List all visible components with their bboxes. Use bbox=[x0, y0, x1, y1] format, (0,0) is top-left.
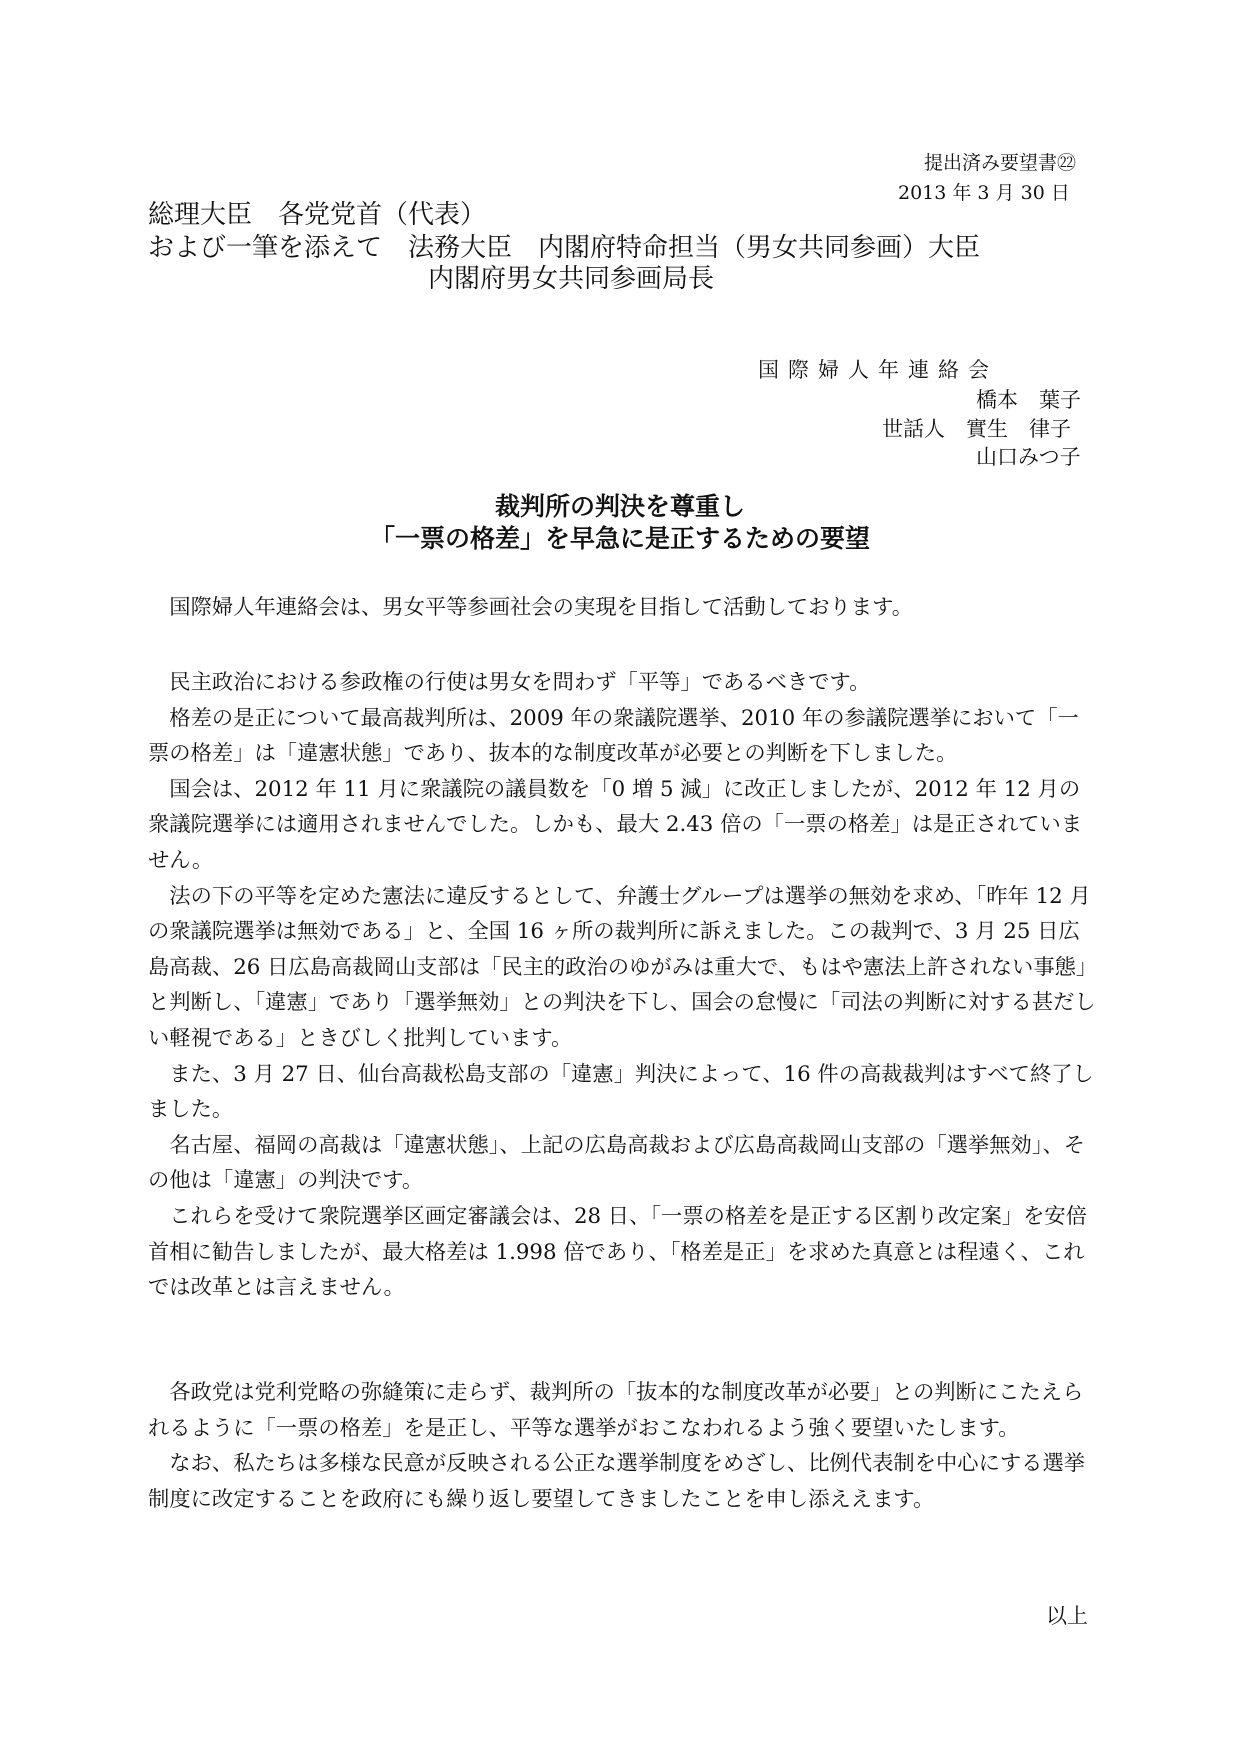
sender-role: 世話人 bbox=[882, 417, 945, 441]
addressee-line-1: 総理大臣 各党党首（代表） bbox=[148, 199, 486, 232]
addressee-line-3: 内閣府男女共同参画局長 bbox=[428, 263, 714, 296]
sender-member-3: 山口みつ子 bbox=[976, 441, 1081, 471]
addressee-line-2: および一筆を添えて 法務大臣 内閣府特命担当（男女共同参画）大臣 bbox=[148, 232, 980, 265]
document-title-line-2: 「一票の格差」を早急に是正するための要望 bbox=[0, 523, 1240, 555]
closing-mark: 以上 bbox=[1046, 1600, 1088, 1630]
document-title-line-1: 裁判所の判決を尊重し bbox=[0, 491, 1240, 523]
sender-member-1: 橋本 葉子 bbox=[976, 384, 1081, 414]
paragraph-supreme-court: 格差の是正について最高裁判所は、2009 年の衆議院選挙、2010 年の参議院選… bbox=[148, 701, 1096, 772]
body-section-intro: 国際婦人年連絡会は、男女平等参画社会の実現を目指して活動しております。 bbox=[148, 590, 1096, 626]
body-section-request: 各政党は党利党略の弥縫策に走らず、裁判所の「抜本的な制度改革が必要」との判断にこ… bbox=[148, 1375, 1096, 1517]
sender-member-2: 實生 律子 bbox=[966, 417, 1071, 441]
paragraph-diet-reform: 国会は、2012 年 11 月に衆議院の議員数を「0 増 5 減」に改正しました… bbox=[148, 772, 1096, 879]
paragraph-request: 各政党は党利党略の弥縫策に走らず、裁判所の「抜本的な制度改革が必要」との判断にこ… bbox=[148, 1375, 1096, 1446]
document-reference: 提出済み要望書㉒ bbox=[924, 148, 1076, 175]
paragraph-sendai-ruling: また、3 月 27 日、仙台高裁松島支部の「違憲」判決によって、16 件の高裁裁… bbox=[148, 1057, 1096, 1128]
sender-member-2-row: 世話人 實生 律子 bbox=[882, 413, 1071, 443]
paragraph-ruling-summary: 名古屋、福岡の高裁は「違憲状態」、上記の広島高裁および広島高裁岡山支部の「選挙無… bbox=[148, 1128, 1096, 1199]
paragraph-equality: 民主政治における参政権の行使は男女を問わず「平等」であるべきです。 bbox=[148, 665, 1096, 701]
paragraph-addendum: なお、私たちは多様な民意が反映される公正な選挙制度をめざし、比例代表制を中心にす… bbox=[148, 1446, 1096, 1517]
paragraph-lawsuits: 法の下の平等を定めた憲法に違反するとして、弁護士グループは選挙の無効を求め、「昨… bbox=[148, 879, 1096, 1057]
paragraph-redistricting: これらを受けて衆院選挙区画定審議会は、28 日、「一票の格差を是正する区割り改定… bbox=[148, 1199, 1096, 1306]
paragraph-intro: 国際婦人年連絡会は、男女平等参画社会の実現を目指して活動しております。 bbox=[148, 590, 1096, 626]
document-date: 2013 年 3 月 30 日 bbox=[898, 178, 1070, 205]
sender-organization: 国際婦人年連絡会 bbox=[758, 354, 998, 384]
body-section-main: 民主政治における参政権の行使は男女を問わず「平等」であるべきです。 格差の是正に… bbox=[148, 665, 1096, 1306]
